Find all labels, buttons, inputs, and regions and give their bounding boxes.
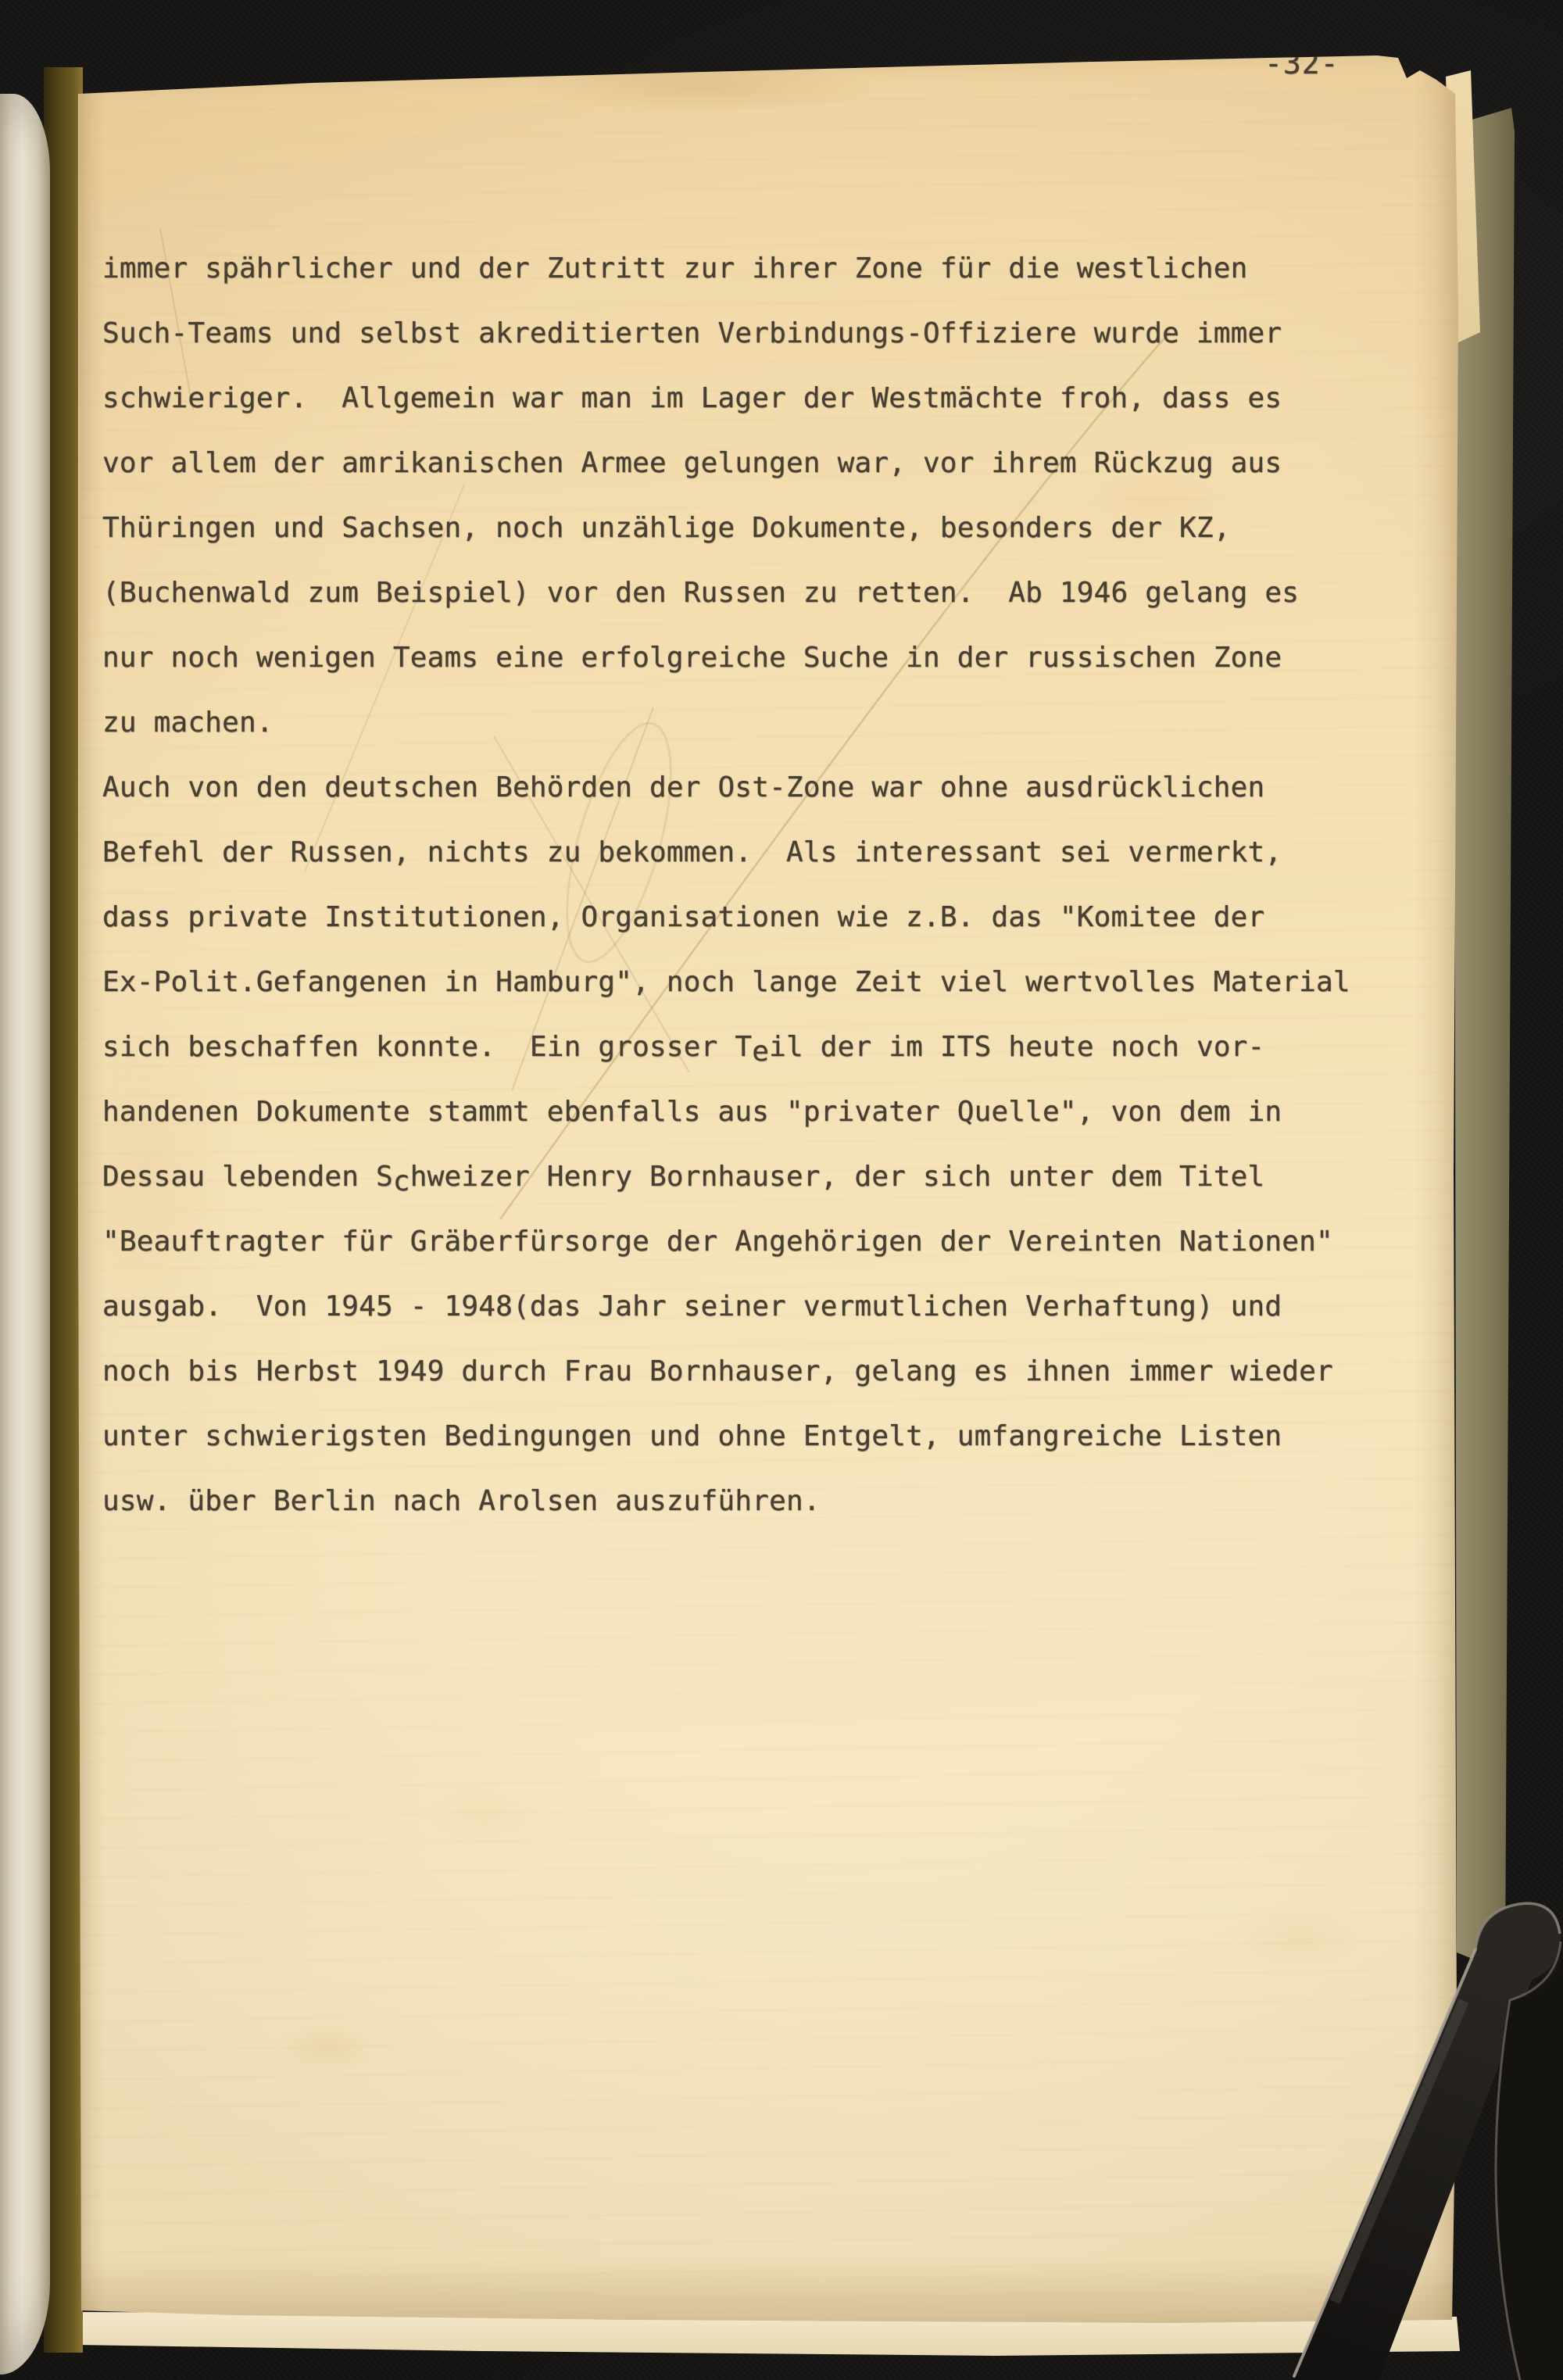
text-line: Thüringen und Sachsen, noch unzählige Do… bbox=[102, 496, 1415, 560]
backing-board-edge bbox=[1450, 108, 1515, 1972]
text-line: Such-Teams und selbst akreditierten Verb… bbox=[102, 301, 1415, 366]
text-line: sich beschaffen konnte. Ein grosser Teil… bbox=[102, 1015, 1415, 1079]
dropped-character: c bbox=[393, 1165, 410, 1197]
text-line: dass private Institutionen, Organisation… bbox=[102, 885, 1415, 950]
text-line: zu machen. bbox=[102, 690, 1415, 755]
text-line: vor allem der amrikanischen Armee gelung… bbox=[102, 431, 1415, 496]
text-line: Ex-Polit.Gefangenen in Hamburg", noch la… bbox=[102, 950, 1415, 1015]
page-stack-edge bbox=[0, 94, 50, 2375]
document-page: -32- immer spährlicher und der Zutritt z… bbox=[0, 0, 1563, 2380]
dropped-character: e bbox=[752, 1036, 769, 1068]
scan-canvas: -32- immer spährlicher und der Zutritt z… bbox=[0, 0, 1563, 2380]
text-line: (Buchenwald zum Beispiel) vor den Russen… bbox=[102, 560, 1415, 625]
page-edge-shading-bottom bbox=[78, 2259, 1458, 2323]
text-line: usw. über Berlin nach Arolsen auszuführe… bbox=[102, 1469, 1415, 1534]
page-edge-shading-right bbox=[1413, 63, 1460, 2329]
text-line: "Beauftragter für Gräberfürsorge der Ang… bbox=[102, 1209, 1415, 1274]
text-line: Auch von den deutschen Behörden der Ost-… bbox=[102, 755, 1415, 820]
text-line: immer spährlicher und der Zutritt zur ih… bbox=[102, 236, 1415, 301]
text-line: ausgab. Von 1945 - 1948(das Jahr seiner … bbox=[102, 1274, 1415, 1339]
typewritten-text: immer spährlicher und der Zutritt zur ih… bbox=[102, 236, 1415, 1534]
text-line: unter schwierigsten Bedingungen und ohne… bbox=[102, 1404, 1415, 1469]
text-line: handenen Dokumente stammt ebenfalls aus … bbox=[102, 1079, 1415, 1144]
page-edge-shading-left bbox=[77, 78, 105, 2321]
text-line: Dessau lebenden Schweizer Henry Bornhaus… bbox=[102, 1144, 1415, 1209]
text-line: Befehl der Russen, nichts zu bekommen. A… bbox=[102, 820, 1415, 885]
text-line: nur noch wenigen Teams eine erfolgreiche… bbox=[102, 625, 1415, 690]
text-line: noch bis Herbst 1949 durch Frau Bornhaus… bbox=[102, 1339, 1415, 1404]
text-line: schwieriger. Allgemein war man im Lager … bbox=[102, 366, 1415, 431]
